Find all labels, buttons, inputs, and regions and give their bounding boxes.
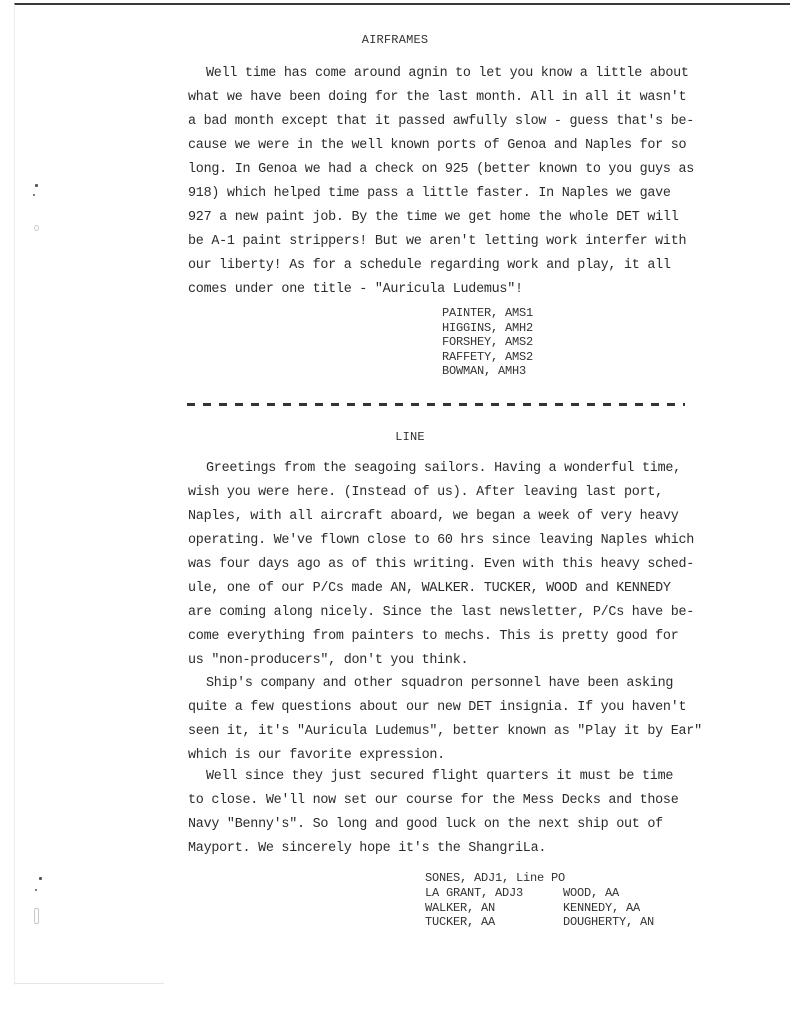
text-line: ule, one of our P/Cs made AN, WALKER. TU… <box>188 577 708 601</box>
text-line: our liberty! As for a schedule regarding… <box>188 254 708 278</box>
text-line: Well time has come around agnin to let y… <box>188 62 708 86</box>
text-line: 927 a new paint job. By the time we get … <box>188 206 708 230</box>
airframes-signature-block: PAINTER, AMS1 HIGGINS, AMH2 FORSHEY, AMS… <box>442 306 533 379</box>
signature-name: LA GRANT, ADJ3 <box>425 886 563 901</box>
signature-name: TUCKER, AA <box>425 915 563 930</box>
text-line: Ship's company and other squadron person… <box>188 672 708 696</box>
text-line: operating. We've flown close to 60 hrs s… <box>188 529 708 553</box>
section-title-line: LINE <box>15 430 790 444</box>
line-paragraph-1: Greetings from the seagoing sailors. Hav… <box>188 457 708 673</box>
text-line: was four days ago as of this writing. Ev… <box>188 553 708 577</box>
line-paragraph-3: Well since they just secured flight quar… <box>188 765 708 861</box>
section-title-airframes: AIRFRAMES <box>0 33 790 47</box>
text-line: wish you were here. (Instead of us). Aft… <box>188 481 708 505</box>
line-paragraph-2: Ship's company and other squadron person… <box>188 672 708 768</box>
signature-name: WOOD, AA <box>563 886 654 901</box>
scan-smudge <box>34 225 39 231</box>
page-edge <box>14 983 164 984</box>
text-line: long. In Genoa we had a check on 925 (be… <box>188 158 708 182</box>
text-line: be A-1 paint strippers! But we aren't le… <box>188 230 708 254</box>
text-line: comes under one title - "Auricula Ludemu… <box>188 278 708 302</box>
text-line: Well since they just secured flight quar… <box>188 765 708 789</box>
text-line: are coming along nicely. Since the last … <box>188 601 708 625</box>
text-line: cause we were in the well known ports of… <box>188 134 708 158</box>
text-line: a bad month except that it passed awfull… <box>188 110 708 134</box>
airframes-paragraph: Well time has come around agnin to let y… <box>188 62 708 302</box>
signature-name: WALKER, AN <box>425 901 563 916</box>
line-signature-block: LA GRANT, ADJ3 WOOD, AA WALKER, AN KENNE… <box>425 886 654 930</box>
scan-mark <box>35 184 38 187</box>
scan-smudge <box>34 908 39 924</box>
signature-name: HIGGINS, AMH2 <box>442 321 533 336</box>
scan-mark <box>39 877 42 880</box>
signature-name: DOUGHERTY, AN <box>563 915 654 930</box>
text-line: to close. We'll now set our course for t… <box>188 789 708 813</box>
text-line: Navy "Benny's". So long and good luck on… <box>188 813 708 837</box>
text-line: 918) which helped time pass a little fas… <box>188 182 708 206</box>
text-line: come everything from painters to mechs. … <box>188 625 708 649</box>
text-line: seen it, it's "Auricula Ludemus", better… <box>188 720 708 744</box>
text-line: what we have been doing for the last mon… <box>188 86 708 110</box>
scan-mark <box>35 889 37 891</box>
signature-name: PAINTER, AMS1 <box>442 306 533 321</box>
text-line: us "non-producers", don't you think. <box>188 649 708 673</box>
signature-name: BOWMAN, AMH3 <box>442 364 533 379</box>
text-line: Greetings from the seagoing sailors. Hav… <box>188 457 708 481</box>
text-line: Naples, with all aircraft aboard, we beg… <box>188 505 708 529</box>
signature-name: RAFFETY, AMS2 <box>442 350 533 365</box>
line-signature-lead: SONES, ADJ1, Line PO <box>425 871 565 886</box>
signature-name: KENNEDY, AA <box>563 901 654 916</box>
section-divider <box>187 403 685 406</box>
scan-mark <box>33 194 35 196</box>
text-line: quite a few questions about our new DET … <box>188 696 708 720</box>
signature-name: FORSHEY, AMS2 <box>442 335 533 350</box>
text-line: Mayport. We sincerely hope it's the Shan… <box>188 837 708 861</box>
